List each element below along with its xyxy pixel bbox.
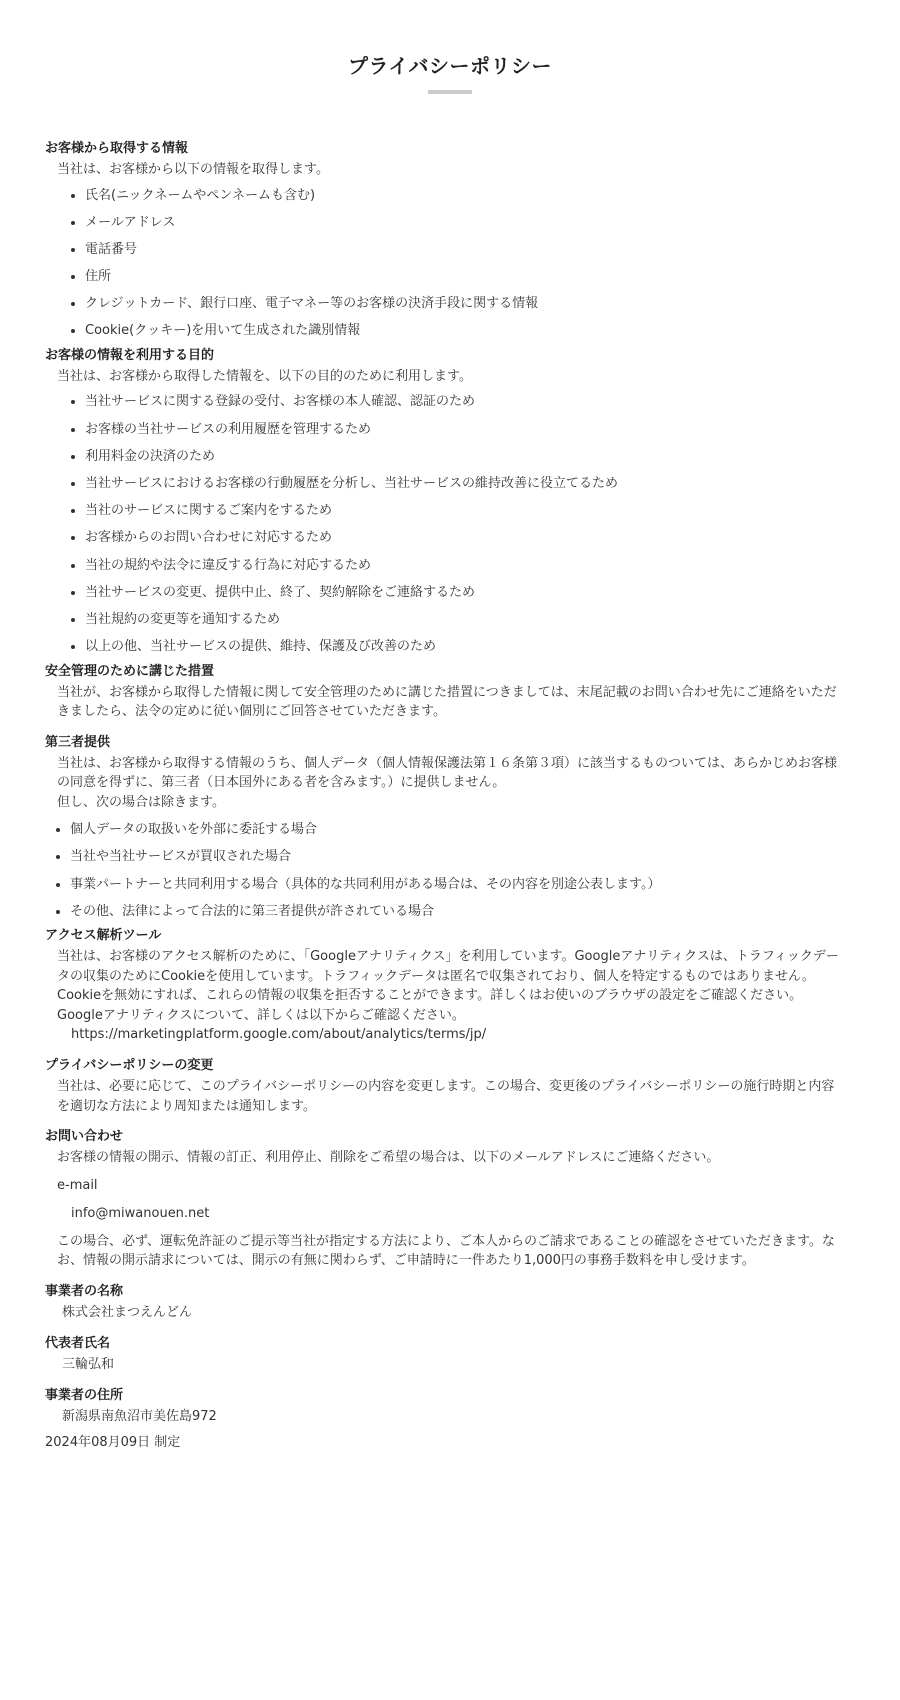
acquired-info-list: 氏名(ニックネームやペンネームも含む) メールアドレス 電話番号 住所 クレジッ… [45,186,855,341]
company-name-value: 株式会社まつえんどん [45,1303,855,1323]
list-item: 氏名(ニックネームやペンネームも含む) [85,186,855,206]
section-usage-purpose: お客様の情報を利用する目的 当社は、お客様から取得した情報を、以下の目的のために… [45,345,855,657]
list-item: Cookie(クッキー)を用いて生成された識別情報 [85,321,855,341]
list-item: お客様からのお問い合わせに対応するため [85,528,855,548]
section-analytics-tool: アクセス解析ツール 当社は、お客様のアクセス解析のために、「Googleアナリテ… [45,925,855,1045]
section-intro: 当社は、お客様から以下の情報を取得します。 [45,160,855,180]
list-item: お客様の当社サービスの利用履歴を管理するため [85,420,855,440]
representative-name-value: 三輪弘和 [45,1355,855,1375]
section-heading: 事業者の住所 [45,1385,855,1407]
third-party-exceptions-list: 個人データの取扱いを外部に委託する場合 当社や当社サービスが買収された場合 事業… [45,820,855,921]
section-policy-change: プライバシーポリシーの変更 当社は、必要に応じて、このプライバシーポリシーの内容… [45,1055,855,1116]
section-acquired-info: お客様から取得する情報 当社は、お客様から以下の情報を取得します。 氏名(ニック… [45,138,855,341]
list-item: 個人データの取扱いを外部に委託する場合 [70,820,855,840]
policy-content: お客様から取得する情報 当社は、お客様から以下の情報を取得します。 氏名(ニック… [0,138,900,1453]
page-header: プライバシーポリシー [0,0,900,94]
list-item: 当社の規約や法令に違反する行為に対応するため [85,556,855,576]
list-item: 利用料金の決済のため [85,447,855,467]
section-address: 事業者の住所 新潟県南魚沼市美佐島972 [45,1385,855,1427]
list-item: メールアドレス [85,213,855,233]
title-underline-divider [428,90,472,94]
page-title: プライバシーポリシー [0,52,900,80]
address-value: 新潟県南魚沼市美佐島972 [45,1407,855,1427]
section-heading: プライバシーポリシーの変更 [45,1055,855,1077]
list-item: 電話番号 [85,240,855,260]
section-heading: アクセス解析ツール [45,925,855,947]
list-item: 当社のサービスに関するご案内をするため [85,501,855,521]
section-heading: お客様の情報を利用する目的 [45,345,855,367]
section-body: 当社は、お客様から取得する情報のうち、個人データ（個人情報保護法第１６条第３項）… [45,754,855,793]
section-exception-note: 但し、次の場合は除きます。 [45,793,855,813]
list-item: 当社サービスに関する登録の受付、お客様の本人確認、認証のため [85,392,855,412]
list-item: 事業パートナーと共同利用する場合（具体的な共同利用がある場合は、その内容を別途公… [70,875,855,895]
list-item: 当社や当社サービスが買収された場合 [70,847,855,867]
list-item: 当社規約の変更等を通知するため [85,610,855,630]
section-intro: 当社は、お客様から取得した情報を、以下の目的のために利用します。 [45,367,855,387]
section-heading: 事業者の名称 [45,1281,855,1303]
established-date: 2024年08月09日 制定 [45,1433,855,1453]
section-body: 当社は、お客様のアクセス解析のために、「Googleアナリティクス」を利用してい… [45,947,855,1025]
list-item: 当社サービスにおけるお客様の行動履歴を分析し、当社サービスの維持改善に役立てるた… [85,474,855,494]
section-body: 当社は、必要に応じて、このプライバシーポリシーの内容を変更します。この場合、変更… [45,1077,855,1116]
section-body: お客様の情報の開示、情報の訂正、利用停止、削除をご希望の場合は、以下のメールアド… [45,1148,855,1168]
list-item: 以上の他、当社サービスの提供、維持、保護及び改善のため [85,637,855,657]
section-security-measures: 安全管理のために講じた措置 当社が、お客様から取得した情報に関して安全管理のため… [45,661,855,722]
section-third-party: 第三者提供 当社は、お客様から取得する情報のうち、個人データ（個人情報保護法第１… [45,732,855,922]
list-item: 当社サービスの変更、提供中止、終了、契約解除をご連絡するため [85,583,855,603]
section-heading: 代表者氏名 [45,1333,855,1355]
section-heading: お問い合わせ [45,1126,855,1148]
usage-purpose-list: 当社サービスに関する登録の受付、お客様の本人確認、認証のため お客様の当社サービ… [45,392,855,656]
section-contact: お問い合わせ お客様の情報の開示、情報の訂正、利用停止、削除をご希望の場合は、以… [45,1126,855,1271]
privacy-policy-page: プライバシーポリシー お客様から取得する情報 当社は、お客様から以下の情報を取得… [0,0,900,1453]
section-company-name: 事業者の名称 株式会社まつえんどん [45,1281,855,1323]
section-heading: お客様から取得する情報 [45,138,855,160]
email-label: e-mail [45,1176,855,1196]
list-item: クレジットカード、銀行口座、電子マネー等のお客様の決済手段に関する情報 [85,294,855,314]
list-item: 住所 [85,267,855,287]
section-heading: 安全管理のために講じた措置 [45,661,855,683]
section-body: 当社が、お客様から取得した情報に関して安全管理のために講じた措置につきましては、… [45,683,855,722]
contact-email-link[interactable]: info@miwanouen.net [45,1204,855,1224]
analytics-terms-link[interactable]: https://marketingplatform.google.com/abo… [45,1025,855,1045]
section-heading: 第三者提供 [45,732,855,754]
section-representative: 代表者氏名 三輪弘和 [45,1333,855,1375]
list-item: その他、法律によって合法的に第三者提供が許されている場合 [70,902,855,922]
contact-note: この場合、必ず、運転免許証のご提示等当社が指定する方法により、ご本人からのご請求… [45,1232,855,1271]
